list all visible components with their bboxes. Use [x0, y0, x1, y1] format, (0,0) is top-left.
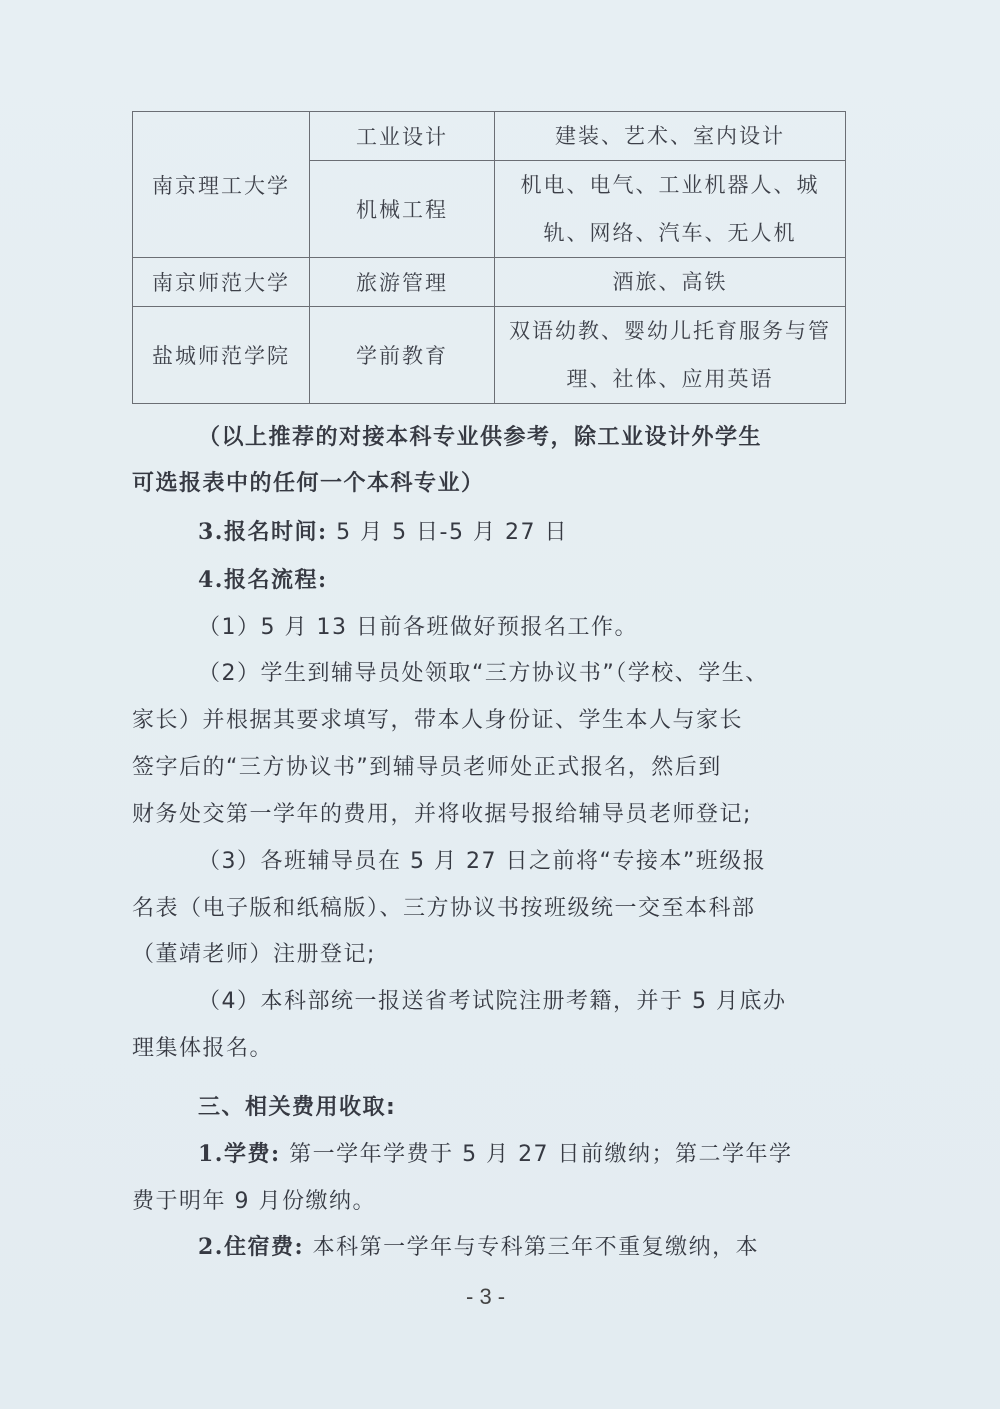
- major-cell: 机械工程: [310, 161, 495, 258]
- matched-majors-cell: 建装、艺术、室内设计: [495, 112, 846, 161]
- fees-heading: 三、相关费用收取:: [132, 1090, 846, 1121]
- school-cell: 盐城师范学院: [133, 307, 310, 404]
- step-3: （3）各班辅导员在 5 月 27 日之前将“专接本”班级报: [132, 844, 846, 875]
- tuition-line: 1.学费: 第一学年学费于 5 月 27 日前缴纳；第二学年学: [132, 1137, 846, 1168]
- step-1: （1）5 月 13 日前各班做好预报名工作。: [132, 610, 846, 641]
- matched-text: 理、社体、应用英语: [505, 355, 835, 403]
- table-row: 盐城师范学院 学前教育 双语幼教、婴幼儿托育服务与管 理、社体、应用英语: [133, 307, 846, 404]
- matched-majors-cell: 双语幼教、婴幼儿托育服务与管 理、社体、应用英语: [495, 307, 846, 404]
- tuition-cont: 费于明年 9 月份缴纳。: [132, 1184, 846, 1215]
- table-row: 南京理工大学 工业设计 建装、艺术、室内设计: [133, 112, 846, 161]
- document-page: 南京理工大学 工业设计 建装、艺术、室内设计 机械工程 机电、电气、工业机器人、…: [0, 0, 1000, 1409]
- table-row: 南京师范大学 旅游管理 酒旅、高铁: [133, 258, 846, 307]
- step-2: （2）学生到辅导员处领取“三方协议书”（学校、学生、: [132, 656, 846, 687]
- step-4-cont: 理集体报名。: [132, 1031, 846, 1062]
- section-heading: 4.报名流程:: [132, 563, 846, 594]
- registration-time: 3.报名时间: 5 月 5 日-5 月 27 日: [132, 515, 846, 546]
- lodging-text: 本科第一学年与专科第三年不重复缴纳，本: [304, 1235, 759, 1260]
- lodging-label: 2.住宿费:: [198, 1234, 304, 1260]
- lodging-line: 2.住宿费: 本科第一学年与专科第三年不重复缴纳，本: [132, 1230, 846, 1261]
- step-2-cont: 财务处交第一学年的费用，并将收据号报给辅导员老师登记;: [132, 797, 846, 828]
- tuition-text: 第一学年学费于 5 月 27 日前缴纳；第二学年学: [281, 1142, 793, 1167]
- matched-text: 酒旅、高铁: [613, 270, 728, 294]
- matched-text: 轨、网络、汽车、无人机: [505, 209, 835, 257]
- tuition-label: 1.学费:: [198, 1141, 281, 1167]
- major-cell: 旅游管理: [310, 258, 495, 307]
- note-line: 可选报表中的任何一个本科专业）: [132, 466, 846, 497]
- school-cell: 南京师范大学: [133, 258, 310, 307]
- matched-text: 建装、艺术、室内设计: [555, 124, 785, 148]
- matched-text: 双语幼教、婴幼儿托育服务与管: [505, 307, 835, 355]
- step-2-cont: 签字后的“三方协议书”到辅导员老师处正式报名，然后到: [132, 750, 846, 781]
- step-4: （4）本科部统一报送省考试院注册考籍，并于 5 月底办: [132, 984, 846, 1015]
- section-value: 5 月 5 日-5 月 27 日: [328, 520, 568, 545]
- school-cell: 南京理工大学: [133, 112, 310, 258]
- step-3-cont: 名表（电子版和纸稿版）、三方协议书按班级统一交至本科部: [132, 891, 846, 922]
- matched-text: 机电、电气、工业机器人、城: [505, 161, 835, 209]
- step-2-cont: 家长）并根据其要求填写，带本人身份证、学生本人与家长: [132, 703, 846, 734]
- major-matching-table: 南京理工大学 工业设计 建装、艺术、室内设计 机械工程 机电、电气、工业机器人、…: [132, 111, 846, 404]
- note-line: （以上推荐的对接本科专业供参考，除工业设计外学生: [132, 420, 846, 451]
- major-cell: 工业设计: [310, 112, 495, 161]
- page-number: - 3 -: [466, 1284, 505, 1310]
- matched-majors-cell: 酒旅、高铁: [495, 258, 846, 307]
- step-3-cont: （董靖老师）注册登记;: [132, 937, 846, 968]
- major-cell: 学前教育: [310, 307, 495, 404]
- matched-majors-cell: 机电、电气、工业机器人、城 轨、网络、汽车、无人机: [495, 161, 846, 258]
- section-label: 3.报名时间:: [198, 519, 328, 545]
